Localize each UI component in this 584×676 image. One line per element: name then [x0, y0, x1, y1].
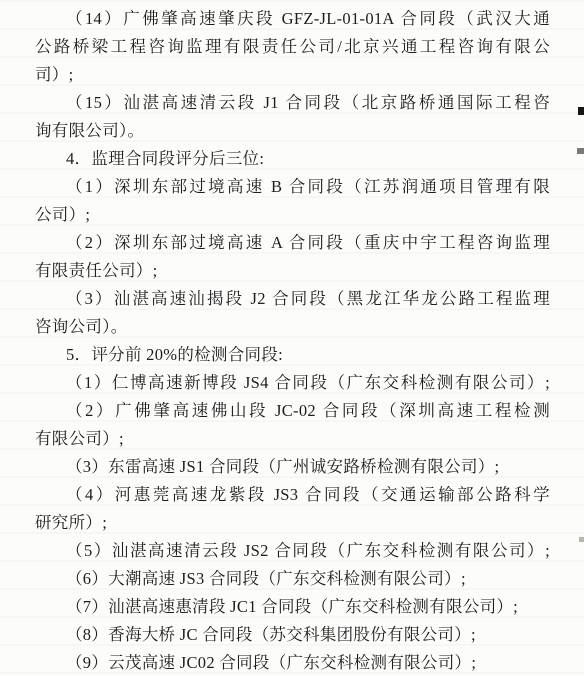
document-line: （6）大潮高速 JS3 合同段（广东交科检测有限公司）; — [35, 565, 550, 593]
scanned-document-page: （14）广佛肇高速肇庆段 GFZ-JL-01-01A 合同段（武汉大通 公路桥梁… — [0, 0, 584, 676]
document-line: （5）汕湛高速清云段 JS2 合同段（广东交科检测有限公司）; — [35, 537, 550, 565]
document-line: （1）仁博高速新博段 JS4 合同段（广东交科检测有限公司）; — [35, 369, 550, 397]
document-line: 公路桥梁工程咨询监理有限责任公司/北京兴通工程咨询有限公 — [35, 33, 550, 61]
document-line: （15）汕湛高速清云段 J1 合同段（北京路桥通国际工程咨 — [35, 89, 550, 117]
document-line: （1）深圳东部过境高速 B 合同段（江苏润通项目管理有限 — [35, 173, 550, 201]
section-heading-line: 5．评分前 20%的检测合同段: — [35, 341, 550, 369]
document-line: （4）河惠莞高速龙紫段 JS3 合同段（交通运输部公路科学 — [35, 481, 550, 509]
section-heading-line: 4．监理合同段评分后三位: — [35, 145, 550, 173]
document-line: 研究所）; — [35, 509, 550, 537]
document-line: 司）; — [35, 61, 550, 89]
document-line: 有限公司）; — [35, 425, 550, 453]
document-line: （8）香海大桥 JC 合同段（苏交科集团股份有限公司）; — [35, 621, 550, 649]
document-line: （2）深圳东部过境高速 A 合同段（重庆中宇工程咨询监理 — [35, 229, 550, 257]
document-line: 咨询公司）。 — [35, 313, 550, 341]
document-line: （14）广佛肇高速肇庆段 GFZ-JL-01-01A 合同段（武汉大通 — [35, 5, 550, 33]
document-line: （9）云茂高速 JC02 合同段（广东交科检测有限公司）; — [35, 649, 550, 676]
document-line: 公司）; — [35, 201, 550, 229]
scan-artifact-mark — [579, 537, 584, 542]
document-line: （3）汕湛高速汕揭段 J2 合同段（黑龙江华龙公路工程监理 — [35, 285, 550, 313]
document-line: （3）东雷高速 JS1 合同段（广州诚安路桥检测有限公司）; — [35, 453, 550, 481]
document-line: 有限责任公司）; — [35, 257, 550, 285]
document-line: （2）广佛肇高速佛山段 JC-02 合同段（深圳高速工程检测 — [35, 397, 550, 425]
scan-artifact-mark — [578, 107, 584, 115]
scan-artifact-mark — [577, 148, 584, 154]
document-line: （7）汕湛高速惠清段 JC1 合同段（广东交科检测有限公司）; — [35, 593, 550, 621]
document-line: 询有限公司）。 — [35, 117, 550, 145]
